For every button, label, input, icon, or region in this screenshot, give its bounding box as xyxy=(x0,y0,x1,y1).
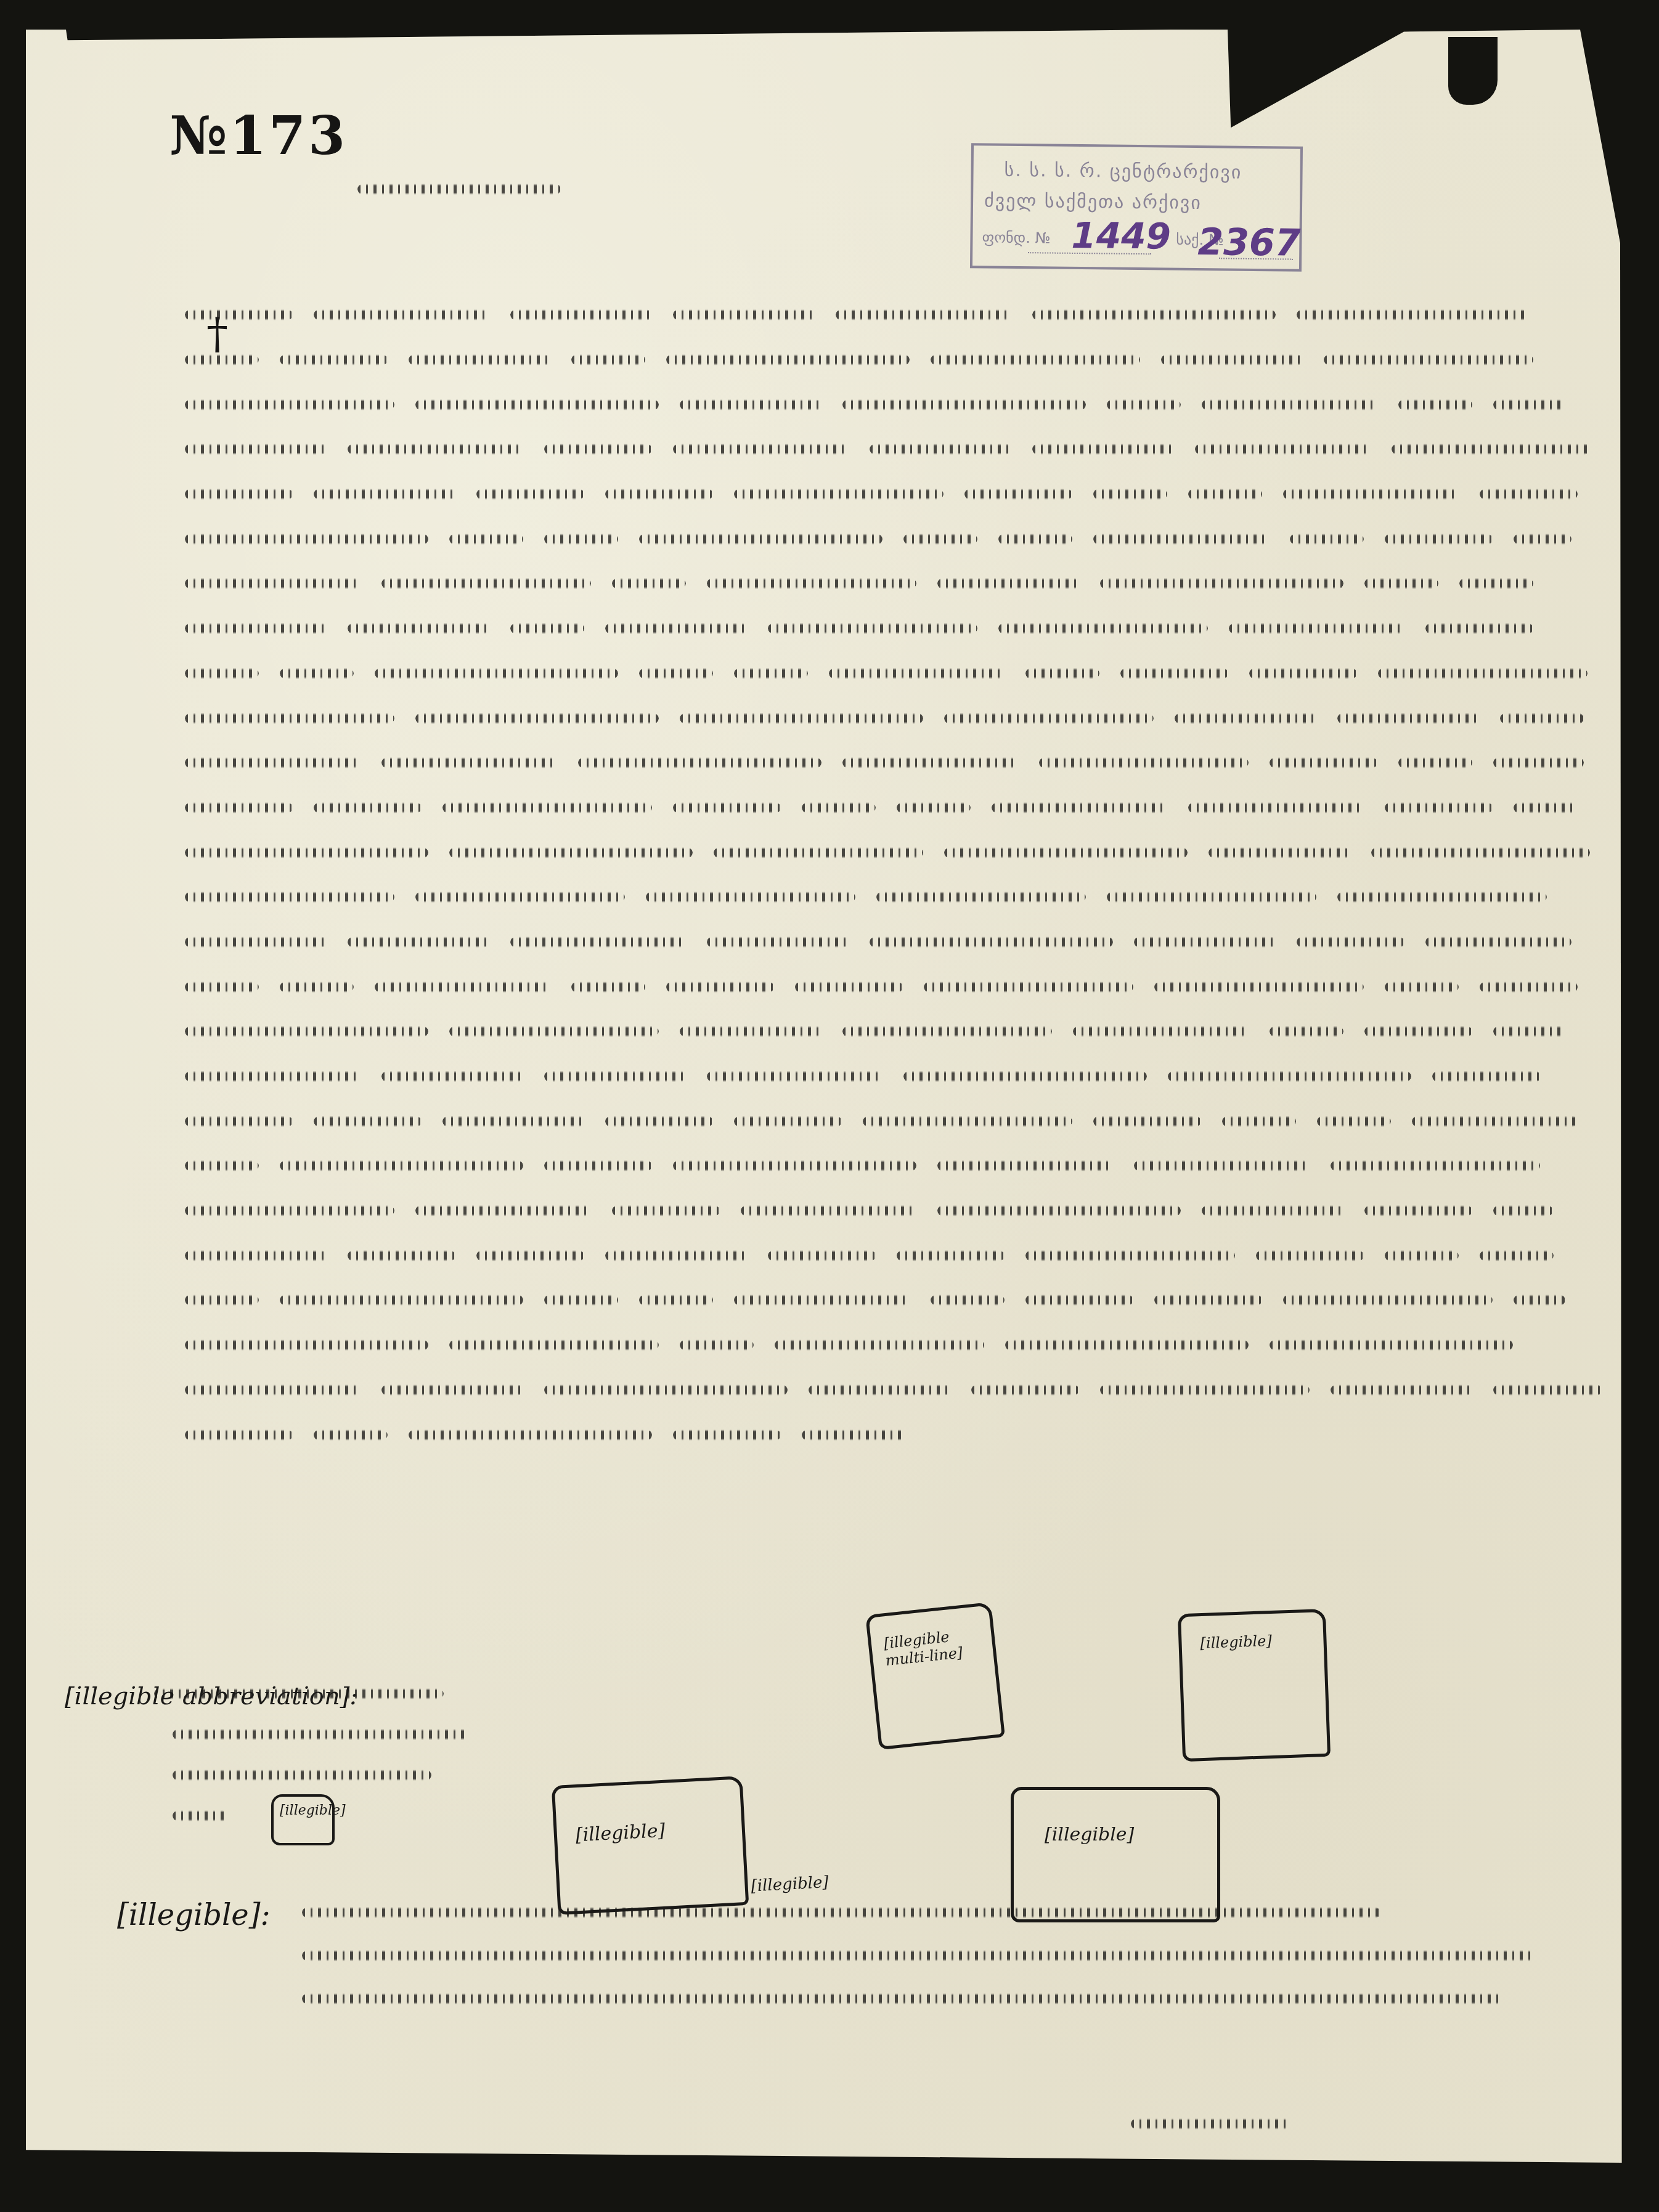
signature: [illegible signature] xyxy=(1131,2101,1291,2137)
manuscript-line: [illegible handwritten line 23] xyxy=(185,1278,1633,1323)
manuscript-body: [illegible handwritten line 1][illegible… xyxy=(185,293,1633,1457)
stamp-fond-number: 1449 xyxy=(1071,214,1171,258)
manuscript-line: [illegible handwritten line 6] xyxy=(185,516,1633,561)
manuscript-line: [illegible handwritten line 1] xyxy=(185,293,1633,338)
seal-bottom-right: [illegible] xyxy=(1011,1787,1220,1922)
folio-number: №173 xyxy=(169,105,348,167)
seal-small-left: [illegible] xyxy=(271,1794,335,1845)
manuscript-line: [illegible handwritten line 12] xyxy=(185,786,1633,831)
manuscript-line: [illegible handwritten line 20] xyxy=(185,1144,1633,1189)
manuscript-line: [illegible handwritten line 2] xyxy=(185,338,1633,383)
manuscript-line: [illegible handwritten line 11] xyxy=(185,741,1633,786)
witness-line xyxy=(302,1950,1535,1961)
seal-top-right: [illegible] xyxy=(1178,1609,1331,1762)
manuscript-line: [illegible handwritten line 18] xyxy=(185,1054,1633,1099)
manuscript-line: [illegible handwritten line 25] xyxy=(185,1368,1633,1413)
manuscript-line: [illegible handwritten line 26 — closing… xyxy=(185,1412,1633,1457)
seal-center-left: [illegible] [illegible] xyxy=(552,1776,749,1915)
left-note-line xyxy=(173,1729,468,1740)
manuscript-line: [illegible handwritten line 17] xyxy=(185,1009,1633,1054)
manuscript-line: [illegible handwritten line 10] xyxy=(185,696,1633,741)
stamp-line-2: ძველ საქმეთა არქივი xyxy=(984,190,1202,214)
manuscript-line: [illegible handwritten line 21] xyxy=(185,1189,1633,1234)
archive-stamp: ს. ს. ს. რ. ცენტრარქივი ძველ საქმეთა არქ… xyxy=(970,143,1303,272)
manuscript-line: [illegible handwritten line 4] xyxy=(185,427,1633,472)
stamp-line-1: ს. ს. ს. რ. ცენტრარქივი xyxy=(1004,160,1242,184)
manuscript-line: [illegible handwritten line 7] xyxy=(185,561,1633,606)
stamp-fond-label: ფონდ. № xyxy=(982,229,1050,246)
torn-corner xyxy=(1448,37,1498,105)
left-note-line xyxy=(173,1770,431,1781)
seal-top-middle: [illegible multi-line] xyxy=(865,1602,1005,1750)
page-heading: [illegible handwritten heading] xyxy=(357,166,561,202)
manuscript-line: [illegible handwritten line 16] xyxy=(185,964,1633,1009)
manuscript-line: [illegible handwritten line 3] xyxy=(185,382,1633,427)
manuscript-line: [illegible handwritten line 14] xyxy=(185,875,1633,920)
manuscript-line: [illegible handwritten line 22] xyxy=(185,1233,1633,1278)
manuscript-line: [illegible handwritten line 19] xyxy=(185,1099,1633,1144)
manuscript-line: [illegible handwritten line 13] xyxy=(185,830,1633,875)
witnesses-label: [illegible]: xyxy=(117,1898,271,1932)
manuscript-line: [illegible handwritten line 24] xyxy=(185,1323,1633,1368)
left-note-line xyxy=(173,1810,228,1821)
manuscript-line: [illegible handwritten line 9] xyxy=(185,651,1633,696)
manuscript-line: [illegible handwritten line 8] xyxy=(185,606,1633,651)
left-note-line xyxy=(154,1688,444,1699)
manuscript-line: [illegible handwritten line 5] xyxy=(185,472,1633,517)
witness-line xyxy=(302,1993,1504,2004)
manuscript-line: [illegible handwritten line 15] xyxy=(185,920,1633,965)
witness-line xyxy=(302,1907,1380,1918)
witness-list xyxy=(302,1907,1658,2004)
